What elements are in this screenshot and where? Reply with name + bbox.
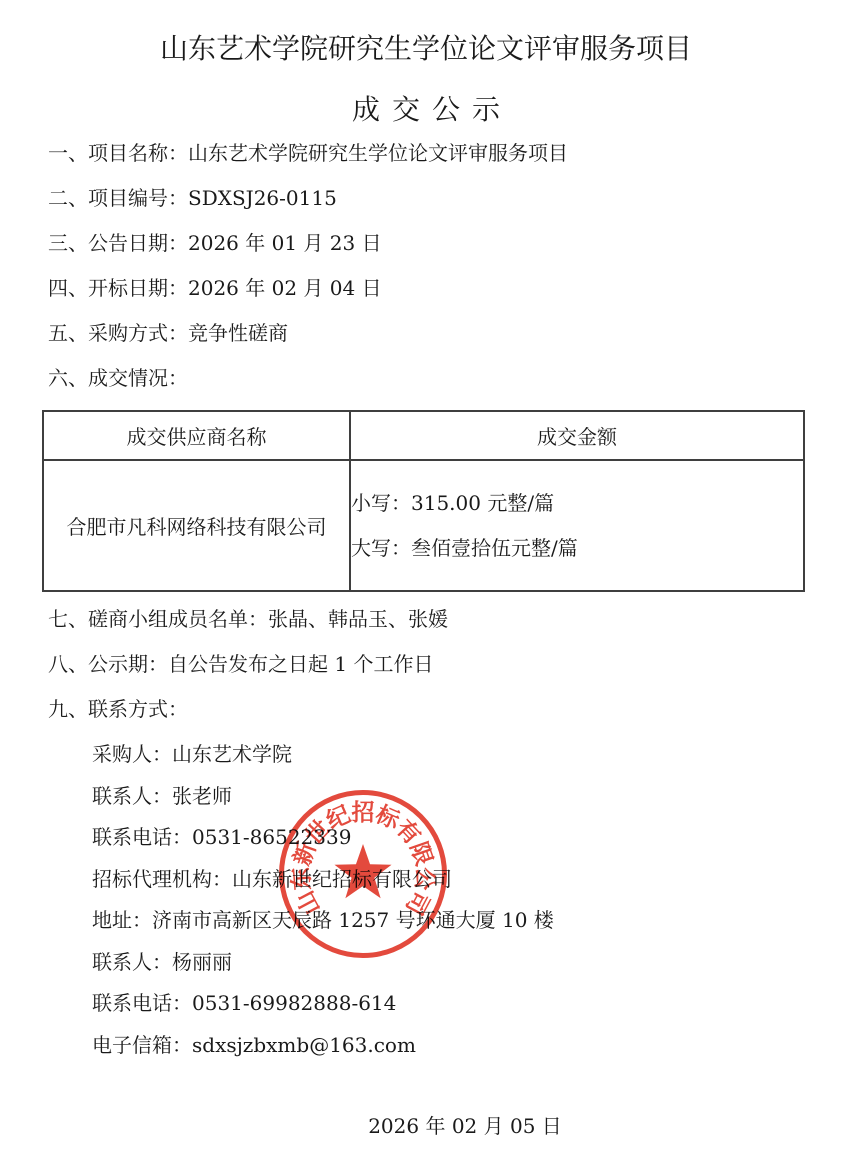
item-opening-date: 四、开标日期：2026 年 02 月 04 日 — [48, 275, 852, 301]
contact-person-1: 联系人：张老师 — [92, 783, 852, 809]
contact-phone-1: 联系电话：0531-86522339 — [92, 824, 852, 850]
amount-uppercase: 大写：叁佰壹拾伍元整/篇 — [351, 535, 803, 561]
document-date: 2026 年 02 月 05 日 — [39, 1113, 852, 1139]
item-award-status: 六、成交情况： — [48, 365, 852, 391]
item-contact-info: 九、联系方式： — [48, 696, 852, 722]
header-award-amount: 成交金额 — [350, 411, 804, 460]
header-supplier-name: 成交供应商名称 — [43, 411, 350, 460]
item-publicity-period: 八、公示期：自公告发布之日起 1 个工作日 — [48, 651, 852, 677]
award-table: 成交供应商名称 成交金额 合肥市凡科网络科技有限公司 小写：315.00 元整/… — [42, 410, 805, 592]
contact-agency: 招标代理机构：山东新世纪招标有限公司 — [92, 866, 852, 892]
document-title: 山东艺术学院研究生学位论文评审服务项目 — [0, 33, 852, 65]
item-panel-members: 七、磋商小组成员名单：张晶、韩品玉、张媛 — [48, 606, 852, 632]
amount-lowercase: 小写：315.00 元整/篇 — [351, 490, 803, 516]
numbered-items: 一、项目名称：山东艺术学院研究生学位论文评审服务项目 二、项目编号：SDXSJ2… — [48, 140, 852, 391]
award-amount-cell: 小写：315.00 元整/篇 大写：叁佰壹拾伍元整/篇 — [350, 460, 804, 591]
announcement-document: 山东艺术学院研究生学位论文评审服务项目 成交公示 一、项目名称：山东艺术学院研究… — [0, 0, 852, 1176]
item-announce-date: 三、公告日期：2026 年 01 月 23 日 — [48, 230, 852, 256]
contact-purchaser: 采购人：山东艺术学院 — [92, 741, 852, 767]
contact-email: 电子信箱：sdxsjzbxmb@163.com — [92, 1032, 852, 1058]
numbered-items-after-table: 七、磋商小组成员名单：张晶、韩品玉、张媛 八、公示期：自公告发布之日起 1 个工… — [48, 606, 852, 722]
item-purchase-method: 五、采购方式：竞争性磋商 — [48, 320, 852, 346]
item-project-name: 一、项目名称：山东艺术学院研究生学位论文评审服务项目 — [48, 140, 852, 166]
item-project-number: 二、项目编号：SDXSJ26-0115 — [48, 185, 852, 211]
contact-person-2: 联系人：杨丽丽 — [92, 949, 852, 975]
table-header-row: 成交供应商名称 成交金额 — [43, 411, 804, 460]
contact-phone-2: 联系电话：0531-69982888-614 — [92, 990, 852, 1016]
contact-details: 采购人：山东艺术学院 联系人：张老师 联系电话：0531-86522339 招标… — [92, 741, 852, 1058]
supplier-name-cell: 合肥市凡科网络科技有限公司 — [43, 460, 350, 591]
document-subtitle: 成交公示 — [0, 94, 852, 126]
contact-address: 地址：济南市高新区天辰路 1257 号环通大厦 10 楼 — [92, 907, 852, 933]
table-row: 合肥市凡科网络科技有限公司 小写：315.00 元整/篇 大写：叁佰壹拾伍元整/… — [43, 460, 804, 591]
